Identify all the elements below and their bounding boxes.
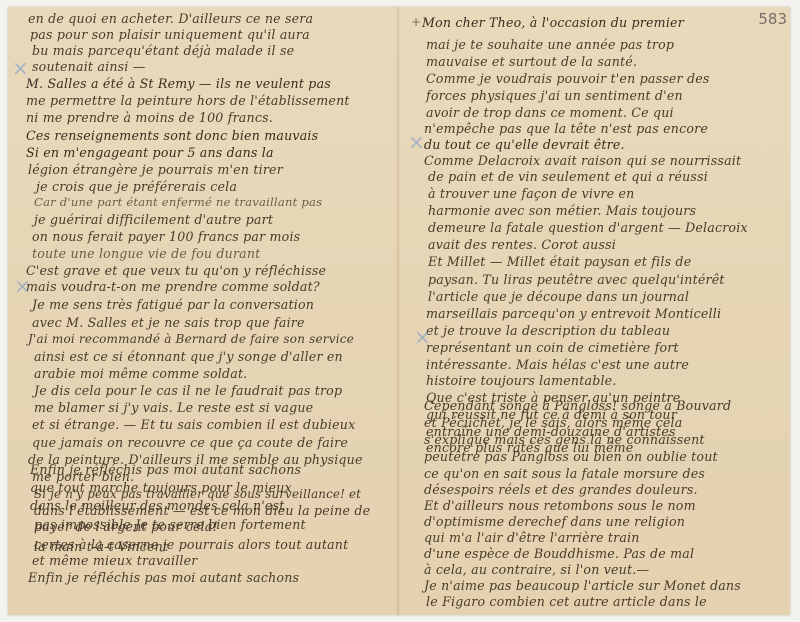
text-line: et je trouve la description du tableau xyxy=(426,323,670,338)
text-line: Si en m'engageant pour 5 ans dans la xyxy=(26,145,274,160)
text-line: pas pour son plaisir uniquement qu'il au… xyxy=(30,27,310,42)
text-line: ainsi est ce si étonnant que j'y songe d… xyxy=(34,349,343,364)
text-line: intéressante. Mais hélas c'est une autre xyxy=(426,357,689,372)
blue-pencil-cross-icon: × xyxy=(12,56,29,80)
text-line: le Figaro combien cet autre article dans… xyxy=(426,594,707,609)
text-line: M. Salles a été à St Remy — ils ne veule… xyxy=(26,76,331,91)
text-line: de pain et de vin seulement et qui a réu… xyxy=(428,169,708,184)
text-line: qui m'a l'air d'être l'arrière train xyxy=(424,530,640,545)
text-line: et Pécuchet, je le sais, alors même cela xyxy=(424,415,682,430)
text-line: peutêtre pas Pangloss ou bien on oublie … xyxy=(424,449,718,464)
text-line: avoir de trop dans ce moment. Ce qui xyxy=(426,105,674,120)
text-line: mais voudra-t-on me prendre comme soldat… xyxy=(26,279,320,294)
text-line: arabie moi même comme soldat. xyxy=(34,366,247,381)
text-line: et même mieux travailler xyxy=(32,553,198,568)
text-line: dans le meilleur des mondes cela n'est xyxy=(30,498,285,513)
text-line: en de quoi en acheter. D'ailleurs ce ne … xyxy=(28,11,313,26)
text-line: histoire toujours lamentable. xyxy=(426,373,617,388)
text-line: avec M. Salles et je ne sais trop que fa… xyxy=(32,315,305,330)
text-line: légion étrangère je pourrais m'en tirer xyxy=(28,162,283,177)
text-line: me permettre la peinture hors de l'établ… xyxy=(26,93,350,108)
text-line: Je n'aime pas beaucoup l'article sur Mon… xyxy=(424,578,741,593)
text-line: on nous ferait payer 100 francs par mois xyxy=(32,229,300,244)
text-line: ce qu'on en sait sous la fatale morsure … xyxy=(424,466,705,481)
text-line: n'empêche pas que la tête n'est pas enco… xyxy=(424,121,708,136)
text-line: que tout marche toujours pour le mieux xyxy=(30,480,292,495)
text-line: Enfin je réfléchis pas moi autant sachon… xyxy=(30,462,301,477)
text-line: mai je te souhaite une année pas trop xyxy=(426,37,674,52)
text-line: et si étrange. — Et tu sais combien il e… xyxy=(32,417,355,432)
text-line: Ces renseignements sont donc bien mauvai… xyxy=(26,128,318,143)
text-line: du tout ce qu'elle devrait être. xyxy=(424,137,625,152)
text-line: Car d'une part étant enfermé ne travaill… xyxy=(34,195,322,209)
text-line: marseillais parcequ'on y entrevoit Monti… xyxy=(426,306,721,321)
text-line: Comme Delacroix avait raison qui se nour… xyxy=(424,153,741,168)
text-line: me blamer si j'y vais. Le reste est si v… xyxy=(34,400,313,415)
text-line: J'ai moi recommandé à Bernard de faire s… xyxy=(28,332,354,346)
text-line: bu mais parcequ'étant déjà malade il se xyxy=(32,43,294,58)
text-line: à cela, au contraire, si l'on veut.— xyxy=(424,562,649,577)
text-line: s'explique mais ces gens là ne connaisse… xyxy=(424,432,705,447)
salutation: Mon cher Theo, à l'occasion du premier xyxy=(422,15,684,30)
text-line: désespoirs réels et des grandes douleurs… xyxy=(424,482,698,497)
text-line: à trouver une façon de vivre en xyxy=(428,186,635,201)
text-line: Et d'ailleurs nous retombons sous le nom xyxy=(424,498,696,513)
text-line: Comme je voudrais pouvoir t'en passer de… xyxy=(426,71,710,86)
text-line: C'est grave et que veux tu qu'on y réflé… xyxy=(26,263,326,278)
text-line: forces physiques j'ai un sentiment d'en xyxy=(426,88,683,103)
margin-cross-icon: + xyxy=(411,15,421,29)
blue-pencil-cross-icon: × xyxy=(408,130,425,154)
text-line: représentant un coin de cimetière fort xyxy=(426,340,679,355)
text-line: Je me sens très fatigué par la conversat… xyxy=(32,297,314,312)
text-line: que jamais on recouvre ce que ça coute d… xyxy=(32,435,348,450)
blue-pencil-cross-icon: × xyxy=(14,274,31,298)
text-line: demeure la fatale question d'argent — De… xyxy=(428,220,748,235)
text-line: avait des rentes. Corot aussi xyxy=(428,237,616,252)
text-line: ni me prendre à moins de 100 francs. xyxy=(26,110,273,125)
text-line: l'article que je découpe dans un journal xyxy=(428,289,689,304)
text-line: harmonie avec son métier. Mais toujours xyxy=(428,203,696,218)
signature-line: la main t-à-t Vincent xyxy=(34,539,168,554)
text-line: pas impossible Je te serre bien fortemen… xyxy=(34,517,306,532)
text-line: je guérirai difficilement d'autre part xyxy=(34,212,273,227)
text-line: Enfin je réfléchis pas moi autant sachon… xyxy=(28,570,299,585)
text-line: Je dis cela pour le cas il ne le faudrai… xyxy=(34,383,342,398)
text-line: soutenait ainsi — xyxy=(32,59,146,74)
text-line: d'une espèce de Bouddhisme. Pas de mal xyxy=(424,546,694,561)
blue-pencil-cross-icon: × xyxy=(414,325,431,349)
text-line: Et Millet — Millet était paysan et fils … xyxy=(428,254,691,269)
text-line: toute une longue vie de fou durant xyxy=(32,246,260,261)
page-number: 583 xyxy=(758,10,787,28)
text-line: paysan. Tu liras peutêtre avec quelqu'in… xyxy=(428,272,725,287)
text-line: d'optimisme derechef dans une religion xyxy=(424,514,685,529)
text-line: je crois que je préférerais cela xyxy=(36,179,237,194)
text-line: mauvaise et surtout de la santé. xyxy=(426,54,637,69)
text-line: Cependant songe à Pangloss! songe à Bouv… xyxy=(424,398,731,413)
